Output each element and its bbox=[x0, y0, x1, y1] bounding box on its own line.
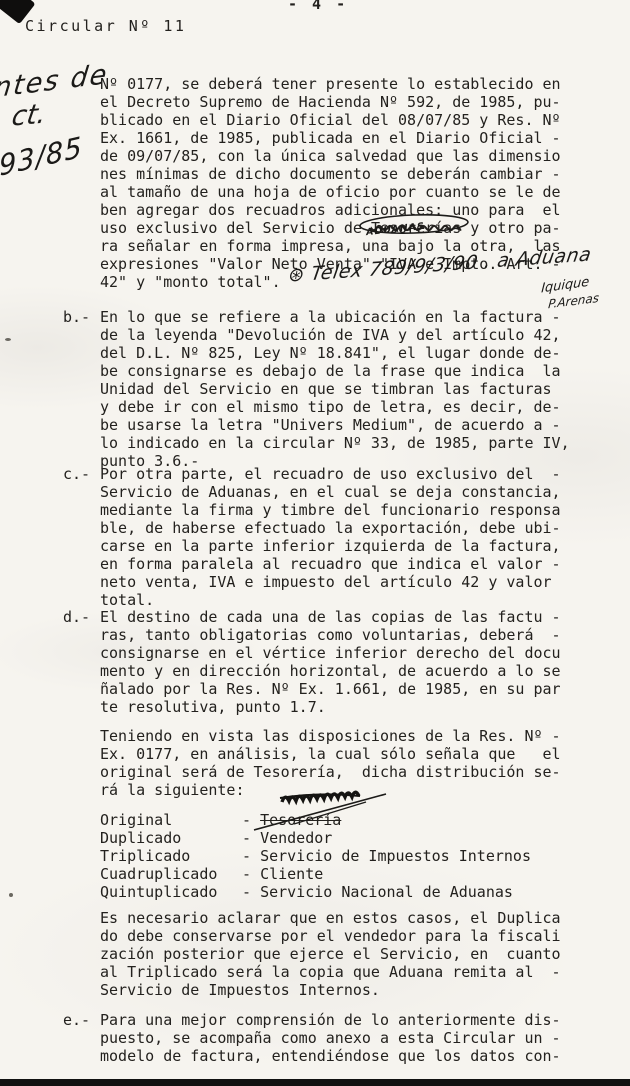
text-line: Nº 0177, se deberá tener presente lo est… bbox=[100, 75, 561, 93]
paragraph-b-lines: En lo que se refiere a la ubicación en l… bbox=[100, 308, 570, 470]
text-line: te resolutiva, punto 1.7. bbox=[100, 698, 561, 716]
text-line: lo indicado en la circular Nº 33, de 198… bbox=[100, 434, 570, 452]
text-line: blicado en el Diario Oficial del 08/07/8… bbox=[100, 111, 561, 129]
paragraph-e-lines: Para una mejor comprensión de lo anterio… bbox=[100, 1011, 561, 1065]
text-line: nes mínimas de dicho documento se deberá… bbox=[100, 165, 561, 183]
scanned-document-page: - 4 - Circular Nº 11 ntes de ct. 93/85 N… bbox=[0, 0, 630, 1086]
text-line: modelo de factura, entendiéndose que los… bbox=[100, 1047, 561, 1065]
text-line: be usarse la letra "Univers Medium", de … bbox=[100, 416, 570, 434]
copy-name: Triplicado bbox=[100, 847, 242, 865]
destination: Vendedor bbox=[260, 829, 332, 847]
text-line: el Decreto Supremo de Hacienda Nº 592, d… bbox=[100, 93, 561, 111]
text-line: ñalado por la Res. Nº Ex. 1.661, de 1985… bbox=[100, 680, 561, 698]
text-line: be consignarse es debajo de la frase que… bbox=[100, 362, 570, 380]
distribution-list: Original- Tesorería Duplicado- Vendedor … bbox=[100, 811, 531, 901]
text-line: al tamaño de una hoja de oficio por cuan… bbox=[100, 183, 561, 201]
copy-name: Quintuplicado bbox=[100, 883, 242, 901]
paragraph-d-continuation: Teniendo en vista las disposiciones de l… bbox=[100, 727, 561, 799]
text-line: Servicio de Impuestos Internos. bbox=[100, 981, 561, 999]
copy-name: Cuadruplicado bbox=[100, 865, 242, 883]
text-line: consignarse en el vértice inferior derec… bbox=[100, 644, 561, 662]
row-dash: - bbox=[242, 883, 260, 901]
row-dash: - bbox=[242, 847, 260, 865]
text-line: total. bbox=[100, 591, 561, 609]
paragraph-a-lines-before: Nº 0177, se deberá tener presente lo est… bbox=[100, 75, 561, 219]
text-line: original será de Tesorería, dicha distri… bbox=[100, 763, 561, 781]
distribution-row-cuadruplicado: Cuadruplicado- Cliente bbox=[100, 865, 531, 883]
text-line: Ex. 0177, en análisis, la cual sólo seña… bbox=[100, 745, 561, 763]
copy-name: Original bbox=[100, 811, 242, 829]
paragraph-c-lines: Por otra parte, el recuadro de uso exclu… bbox=[100, 465, 561, 609]
row-dash: - bbox=[242, 865, 260, 883]
text-line: al Triplicado será la copia que Aduana r… bbox=[100, 963, 561, 981]
page-number: - 4 - bbox=[288, 0, 348, 13]
handwritten-margin-note-2: ct. bbox=[10, 98, 49, 133]
paragraph-d-clarification: Es necesario aclarar que en estos casos,… bbox=[100, 909, 561, 999]
paragraph-c-label: c.- bbox=[63, 465, 90, 483]
destination: Servicio Nacional de Aduanas bbox=[260, 883, 513, 901]
destination-struck-tesoreria: Tesorería bbox=[260, 811, 341, 829]
text-line: En lo que se refiere a la ubicación en l… bbox=[100, 308, 570, 326]
text-line: zación posterior que ejerce el Servicio,… bbox=[100, 945, 561, 963]
text-line: Unidad del Servicio en que se timbran la… bbox=[100, 380, 570, 398]
paragraph-b: b.- En lo que se refiere a la ubicación … bbox=[63, 308, 570, 470]
text-line: Teniendo en vista las disposiciones de l… bbox=[100, 727, 561, 745]
handwritten-margin-note-3: 93/85 bbox=[0, 130, 83, 183]
destination: Servicio de Impuestos Internos bbox=[260, 847, 531, 865]
scan-artifact-bottom-bar bbox=[0, 1079, 630, 1086]
text-line: mediante la firma y timbre del funcionar… bbox=[100, 501, 561, 519]
text-line: de 09/07/85, con la única salvedad que l… bbox=[100, 147, 561, 165]
text-line: neto venta, IVA e impuesto del artículo … bbox=[100, 573, 561, 591]
copy-name: Duplicado bbox=[100, 829, 242, 847]
text-line: carse en la parte inferior izquierda de … bbox=[100, 537, 561, 555]
paragraph-d: d.- El destino de cada una de las copias… bbox=[63, 608, 561, 716]
text-line: mento y en dirección horizontal, de acue… bbox=[100, 662, 561, 680]
text-line: Ex. 1661, de 1985, publicada en el Diari… bbox=[100, 129, 561, 147]
paragraph-b-label: b.- bbox=[63, 308, 90, 326]
text-line: ben agregar dos recuadros adicionales: u… bbox=[100, 201, 561, 219]
row-dash: - bbox=[242, 829, 260, 847]
paragraph-e: e.- Para una mejor comprensión de lo ant… bbox=[63, 1011, 561, 1065]
paragraph-d3-lines: Es necesario aclarar que en estos casos,… bbox=[100, 909, 561, 999]
struck-line-pre: uso exclusivo del Servicio de bbox=[100, 219, 371, 237]
text-line: ble, de haberse efectuado la exportación… bbox=[100, 519, 561, 537]
text-line: rá la siguiente: bbox=[100, 781, 561, 799]
scan-speck bbox=[9, 893, 13, 897]
text-line: Por otra parte, el recuadro de uso exclu… bbox=[100, 465, 561, 483]
distribution-row-duplicado: Duplicado- Vendedor bbox=[100, 829, 531, 847]
distribution-row-original: Original- Tesorería bbox=[100, 811, 531, 829]
text-line: de la leyenda "Devolución de IVA y del a… bbox=[100, 326, 570, 344]
text-line: Es necesario aclarar que en estos casos,… bbox=[100, 909, 561, 927]
distribution-row-quintuplicado: Quintuplicado- Servicio Nacional de Adua… bbox=[100, 883, 531, 901]
paragraph-a-struck-line: uso exclusivo del Servicio de Tesorerías… bbox=[100, 219, 561, 237]
destination: Cliente bbox=[260, 865, 323, 883]
paragraph-d-lines: El destino de cada una de las copias de … bbox=[100, 608, 561, 716]
text-line: y debe ir con el mismo tipo de letra, es… bbox=[100, 398, 570, 416]
text-line: del D.L. Nº 825, Ley Nº 18.841", el luga… bbox=[100, 344, 570, 362]
distribution-row-triplicado: Triplicado- Servicio de Impuestos Intern… bbox=[100, 847, 531, 865]
text-line: Para una mejor comprensión de lo anterio… bbox=[100, 1011, 561, 1029]
text-line: do debe conservarse por el vendedor para… bbox=[100, 927, 561, 945]
paragraph-e-label: e.- bbox=[63, 1011, 90, 1029]
paragraph-c: c.- Por otra parte, el recuadro de uso e… bbox=[63, 465, 561, 609]
text-line: Servicio de Aduanas, en el cual se deja … bbox=[100, 483, 561, 501]
text-line: ras, tanto obligatorias como voluntarias… bbox=[100, 626, 561, 644]
text-line: El destino de cada una de las copias de … bbox=[100, 608, 561, 626]
handwritten-margin-note-1: ntes de bbox=[0, 59, 110, 105]
paragraph-d-label: d.- bbox=[63, 608, 90, 626]
paragraph-d2-lines: Teniendo en vista las disposiciones de l… bbox=[100, 727, 561, 799]
struck-line-post: y otro pa- bbox=[461, 219, 560, 237]
row-dash: - bbox=[242, 811, 260, 829]
scan-speck bbox=[5, 338, 11, 341]
text-line: puesto, se acompaña como anexo a esta Ci… bbox=[100, 1029, 561, 1047]
page-title: Circular Nº 11 bbox=[25, 17, 186, 35]
text-line: en forma paralela al recuadro que indica… bbox=[100, 555, 561, 573]
